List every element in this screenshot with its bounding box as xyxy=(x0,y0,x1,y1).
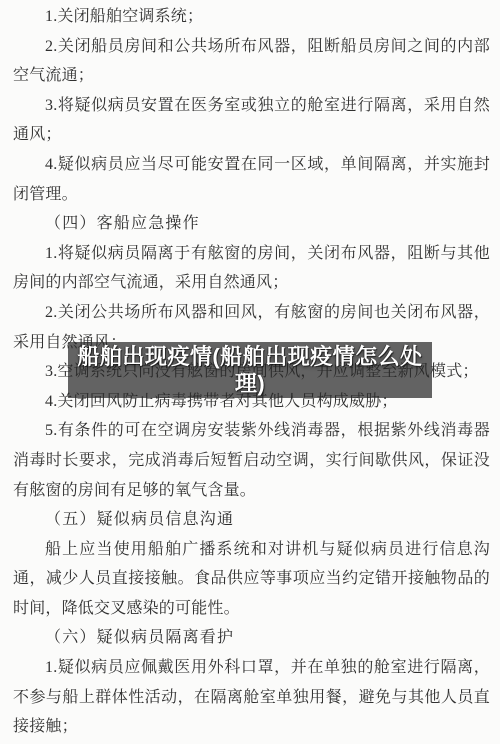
text-line: 5.有条件的可在空调房安装紫外线消毒器，根据紫外线消毒器 xyxy=(13,416,490,446)
watermark-title: 船舶出现疫情(船舶出现疫情怎么处理) xyxy=(72,343,428,397)
text-line: 消毒时长要求，完成消毒后短暂启动空调，实行间歇供风，保证没 xyxy=(13,446,490,476)
text-line: 通，减少人员直接接触。食品供应等事项应当约定错开接触物品的 xyxy=(13,564,490,594)
watermark-title-overlay: 船舶出现疫情(船舶出现疫情怎么处理) xyxy=(68,342,432,398)
text-line: 时间，降低交叉感染的可能性。 xyxy=(13,594,490,624)
document-page: 1.关闭船舶空调系统；2.关闭船员房间和公共场所布风器，阻断船员房间之间的内部空… xyxy=(0,0,500,744)
text-line: 通风； xyxy=(13,120,490,150)
section-heading: （六）疑似病员隔离看护 xyxy=(13,623,490,653)
text-line: 2.关闭船员房间和公共场所布风器，阻断船员房间之间的内部 xyxy=(13,32,490,62)
text-line: 房间的内部空气流通，采用自然通风； xyxy=(13,268,490,298)
text-line: 空气流通； xyxy=(13,61,490,91)
text-line: 船上应当使用船舶广播系统和对讲机与疑似病员进行信息沟 xyxy=(13,535,490,565)
text-line: 闭管理。 xyxy=(13,180,490,210)
text-line: 有舷窗的房间有足够的氧气含量。 xyxy=(13,476,490,506)
text-line: 4.疑似病员应当尽可能安置在同一区域，单间隔离，并实施封 xyxy=(13,150,490,180)
text-line: 接接触； xyxy=(13,712,490,742)
text-line: 1.关闭船舶空调系统； xyxy=(13,2,490,32)
text-line: 1.将疑似病员隔离于有舷窗的房间，关闭布风器，阻断与其他 xyxy=(13,239,490,269)
text-line: 不参与船上群体性活动，在隔离舱室单独用餐，避免与其他人员直 xyxy=(13,683,490,713)
section-heading: （五）疑似病员信息沟通 xyxy=(13,505,490,535)
section-heading: （四）客船应急操作 xyxy=(13,209,490,239)
text-line: 2.关闭公共场所布风器和回风，有舷窗的房间也关闭布风器， xyxy=(13,298,490,328)
text-line: 3.将疑似病员安置在医务室或独立的舱室进行隔离，采用自然 xyxy=(13,91,490,121)
text-line: 1.疑似病员应佩戴医用外科口罩，并在单独的舱室进行隔离， xyxy=(13,653,490,683)
